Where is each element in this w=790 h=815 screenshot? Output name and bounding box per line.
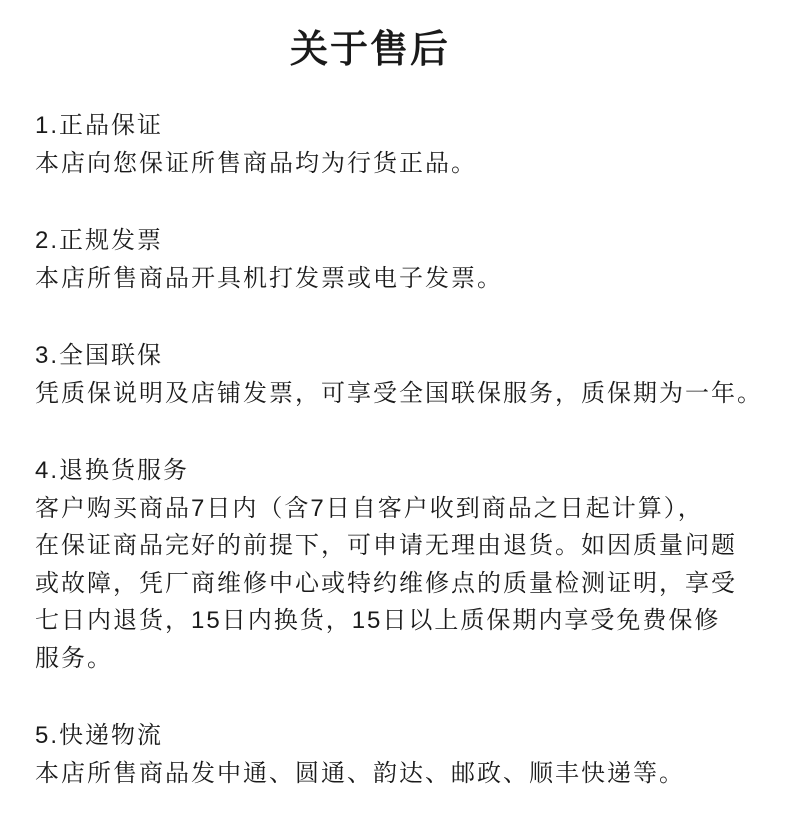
section-authenticity-body-line: 本店向您保证所售商品均为行货正品。 [35, 145, 780, 183]
section-return-exchange: 4.退换货服务 客户购买商品7日内（含7日自客户收到商品之日起计算）， 在保证商… [35, 452, 780, 677]
section-invoice-heading: 2.正规发票 [35, 222, 780, 260]
section-return-exchange-body-line-2: 在保证商品完好的前提下，可申请无理由退货。如因质量问题 [35, 527, 780, 565]
section-logistics-heading: 5.快递物流 [35, 717, 780, 755]
section-return-exchange-body-line-1: 客户购买商品7日内（含7日自客户收到商品之日起计算）， [35, 490, 780, 528]
section-return-exchange-body-line-3: 或故障，凭厂商维修中心或特约维修点的质量检测证明，享受 [35, 565, 780, 603]
section-invoice: 2.正规发票 本店所售商品开具机打发票或电子发票。 [35, 222, 780, 297]
section-invoice-body-line: 本店所售商品开具机打发票或电子发票。 [35, 260, 780, 298]
section-logistics: 5.快递物流 本店所售商品发中通、圆通、韵达、邮政、顺丰快递等。 [35, 717, 780, 792]
section-return-exchange-heading: 4.退换货服务 [35, 452, 780, 490]
section-authenticity-heading: 1.正品保证 [35, 107, 780, 145]
page-title: 关于售后 [0, 0, 790, 73]
after-sales-page: 关于售后 1.正品保证 本店向您保证所售商品均为行货正品。 2.正规发票 本店所… [0, 0, 790, 815]
section-nationwide-warranty-heading: 3.全国联保 [35, 337, 780, 375]
section-logistics-body-line: 本店所售商品发中通、圆通、韵达、邮政、顺丰快递等。 [35, 755, 780, 793]
section-return-exchange-body-line-5: 服务。 [35, 640, 780, 678]
section-nationwide-warranty-body-line: 凭质保说明及店铺发票，可享受全国联保服务，质保期为一年。 [35, 375, 780, 413]
content: 1.正品保证 本店向您保证所售商品均为行货正品。 2.正规发票 本店所售商品开具… [0, 107, 790, 792]
section-nationwide-warranty: 3.全国联保 凭质保说明及店铺发票，可享受全国联保服务，质保期为一年。 [35, 337, 780, 412]
section-return-exchange-body-line-4: 七日内退货，15日内换货，15日以上质保期内享受免费保修 [35, 602, 780, 640]
section-authenticity: 1.正品保证 本店向您保证所售商品均为行货正品。 [35, 107, 780, 182]
